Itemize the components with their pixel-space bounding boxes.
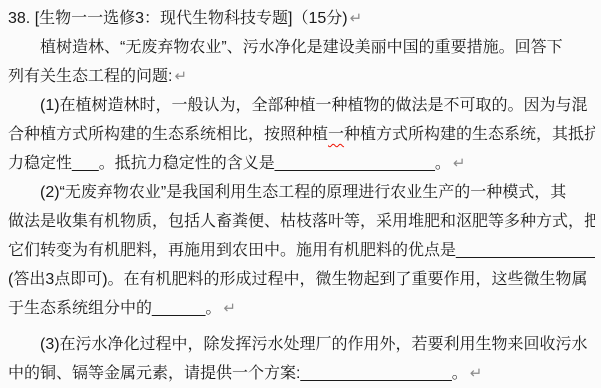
line-text: 中的铜、镉等金属元素，请提供一个方案:_________________。 xyxy=(8,365,468,382)
text-line: 合种植方式所构建的生态系统相比，按照种植一种植方式所构建的生态系统，其抵抗 xyxy=(8,120,595,149)
text-line: 做法是收集有机物质，包括人畜粪便、枯枝落叶等，采用堆肥和沤肥等多种方式，把 xyxy=(8,207,595,236)
line-text: (1)在植树造林时，一般认为，全部种植一种植物的做法是不可取的。因为与混 xyxy=(8,97,588,114)
line-text: 列有关生态工程的问题: xyxy=(8,68,172,85)
text-line: (答出3点即可)。在有机肥料的形成过程中，微生物起到了重要作用，这些微生物属 xyxy=(8,265,595,294)
text-line: 38. [生物一一选修3：现代生物科技专题]（15分)↵ xyxy=(8,4,595,33)
line-text: (2)“无废弃物农业”是我国利用生态工程的原理进行农业生产的一种模式，其 xyxy=(8,184,566,201)
paragraph-mark-icon: ↵ xyxy=(468,365,483,382)
text-line: (3)在污水净化过程中，除发挥污水处理厂的作用外，若要利用生物来回收污水 xyxy=(8,330,595,359)
text-line: 植树造林、“无废弃物农业”、污水净化是建设美丽中国的重要措施。回答下 xyxy=(8,33,595,62)
line-text: 于生态系统组分中的______。 xyxy=(8,300,221,317)
line-text: 种植方式所构建的生态系统，其抵抗 xyxy=(344,126,595,143)
line-text: 植树造林、“无废弃物农业”、污水净化是建设美丽中国的重要措施。回答下 xyxy=(8,39,563,56)
paragraph-mark-icon: ↵ xyxy=(221,300,236,317)
paragraph-mark-icon: ↵ xyxy=(172,68,187,85)
text-line: 列有关生态工程的问题:↵ xyxy=(8,62,595,91)
paragraph-mark-icon: ↵ xyxy=(451,155,466,172)
line-text: 做法是收集有机物质，包括人畜粪便、枯枝落叶等，采用堆肥和沤肥等多种方式，把 xyxy=(8,213,595,230)
line-text: 合种植方式所构建的生态系统相比，按照种植 xyxy=(8,126,328,143)
text-line: 力稳定性___。抵抗力稳定性的含义是__________________。↵ xyxy=(8,149,595,178)
text-line: (2)“无废弃物农业”是我国利用生态工程的原理进行农业生产的一种模式，其 xyxy=(8,178,595,207)
line-text: (答出3点即可)。在有机肥料的形成过程中，微生物起到了重要作用，这些微生物属 xyxy=(8,271,588,288)
line-text: 力稳定性___。抵抗力稳定性的含义是__________________。 xyxy=(8,155,451,172)
text-line: 它们转变为有机肥料，再施用到农田中。施用有机肥料的优点是____________… xyxy=(8,236,595,265)
spellcheck-wavy-underline: 一 xyxy=(328,126,344,143)
text-line: 于生态系统组分中的______。↵ xyxy=(8,294,595,323)
paragraph-mark-icon: ↵ xyxy=(348,10,363,27)
text-line: (1)在植树造林时，一般认为，全部种植一种植物的做法是不可取的。因为与混 xyxy=(8,91,595,120)
line-text: 它们转变为有机肥料，再施用到农田中。施用有机肥料的优点是____________… xyxy=(8,242,595,259)
line-text: 38. [生物一一选修3：现代生物科技专题]（15分) xyxy=(8,10,348,27)
line-text: (3)在污水净化过程中，除发挥污水处理厂的作用外，若要利用生物来回收污水 xyxy=(8,336,588,353)
document-page: 38. [生物一一选修3：现代生物科技专题]（15分)↵ 植树造林、“无废弃物农… xyxy=(0,0,601,388)
text-line: 中的铜、镉等金属元素，请提供一个方案:_________________。↵ xyxy=(8,359,595,388)
